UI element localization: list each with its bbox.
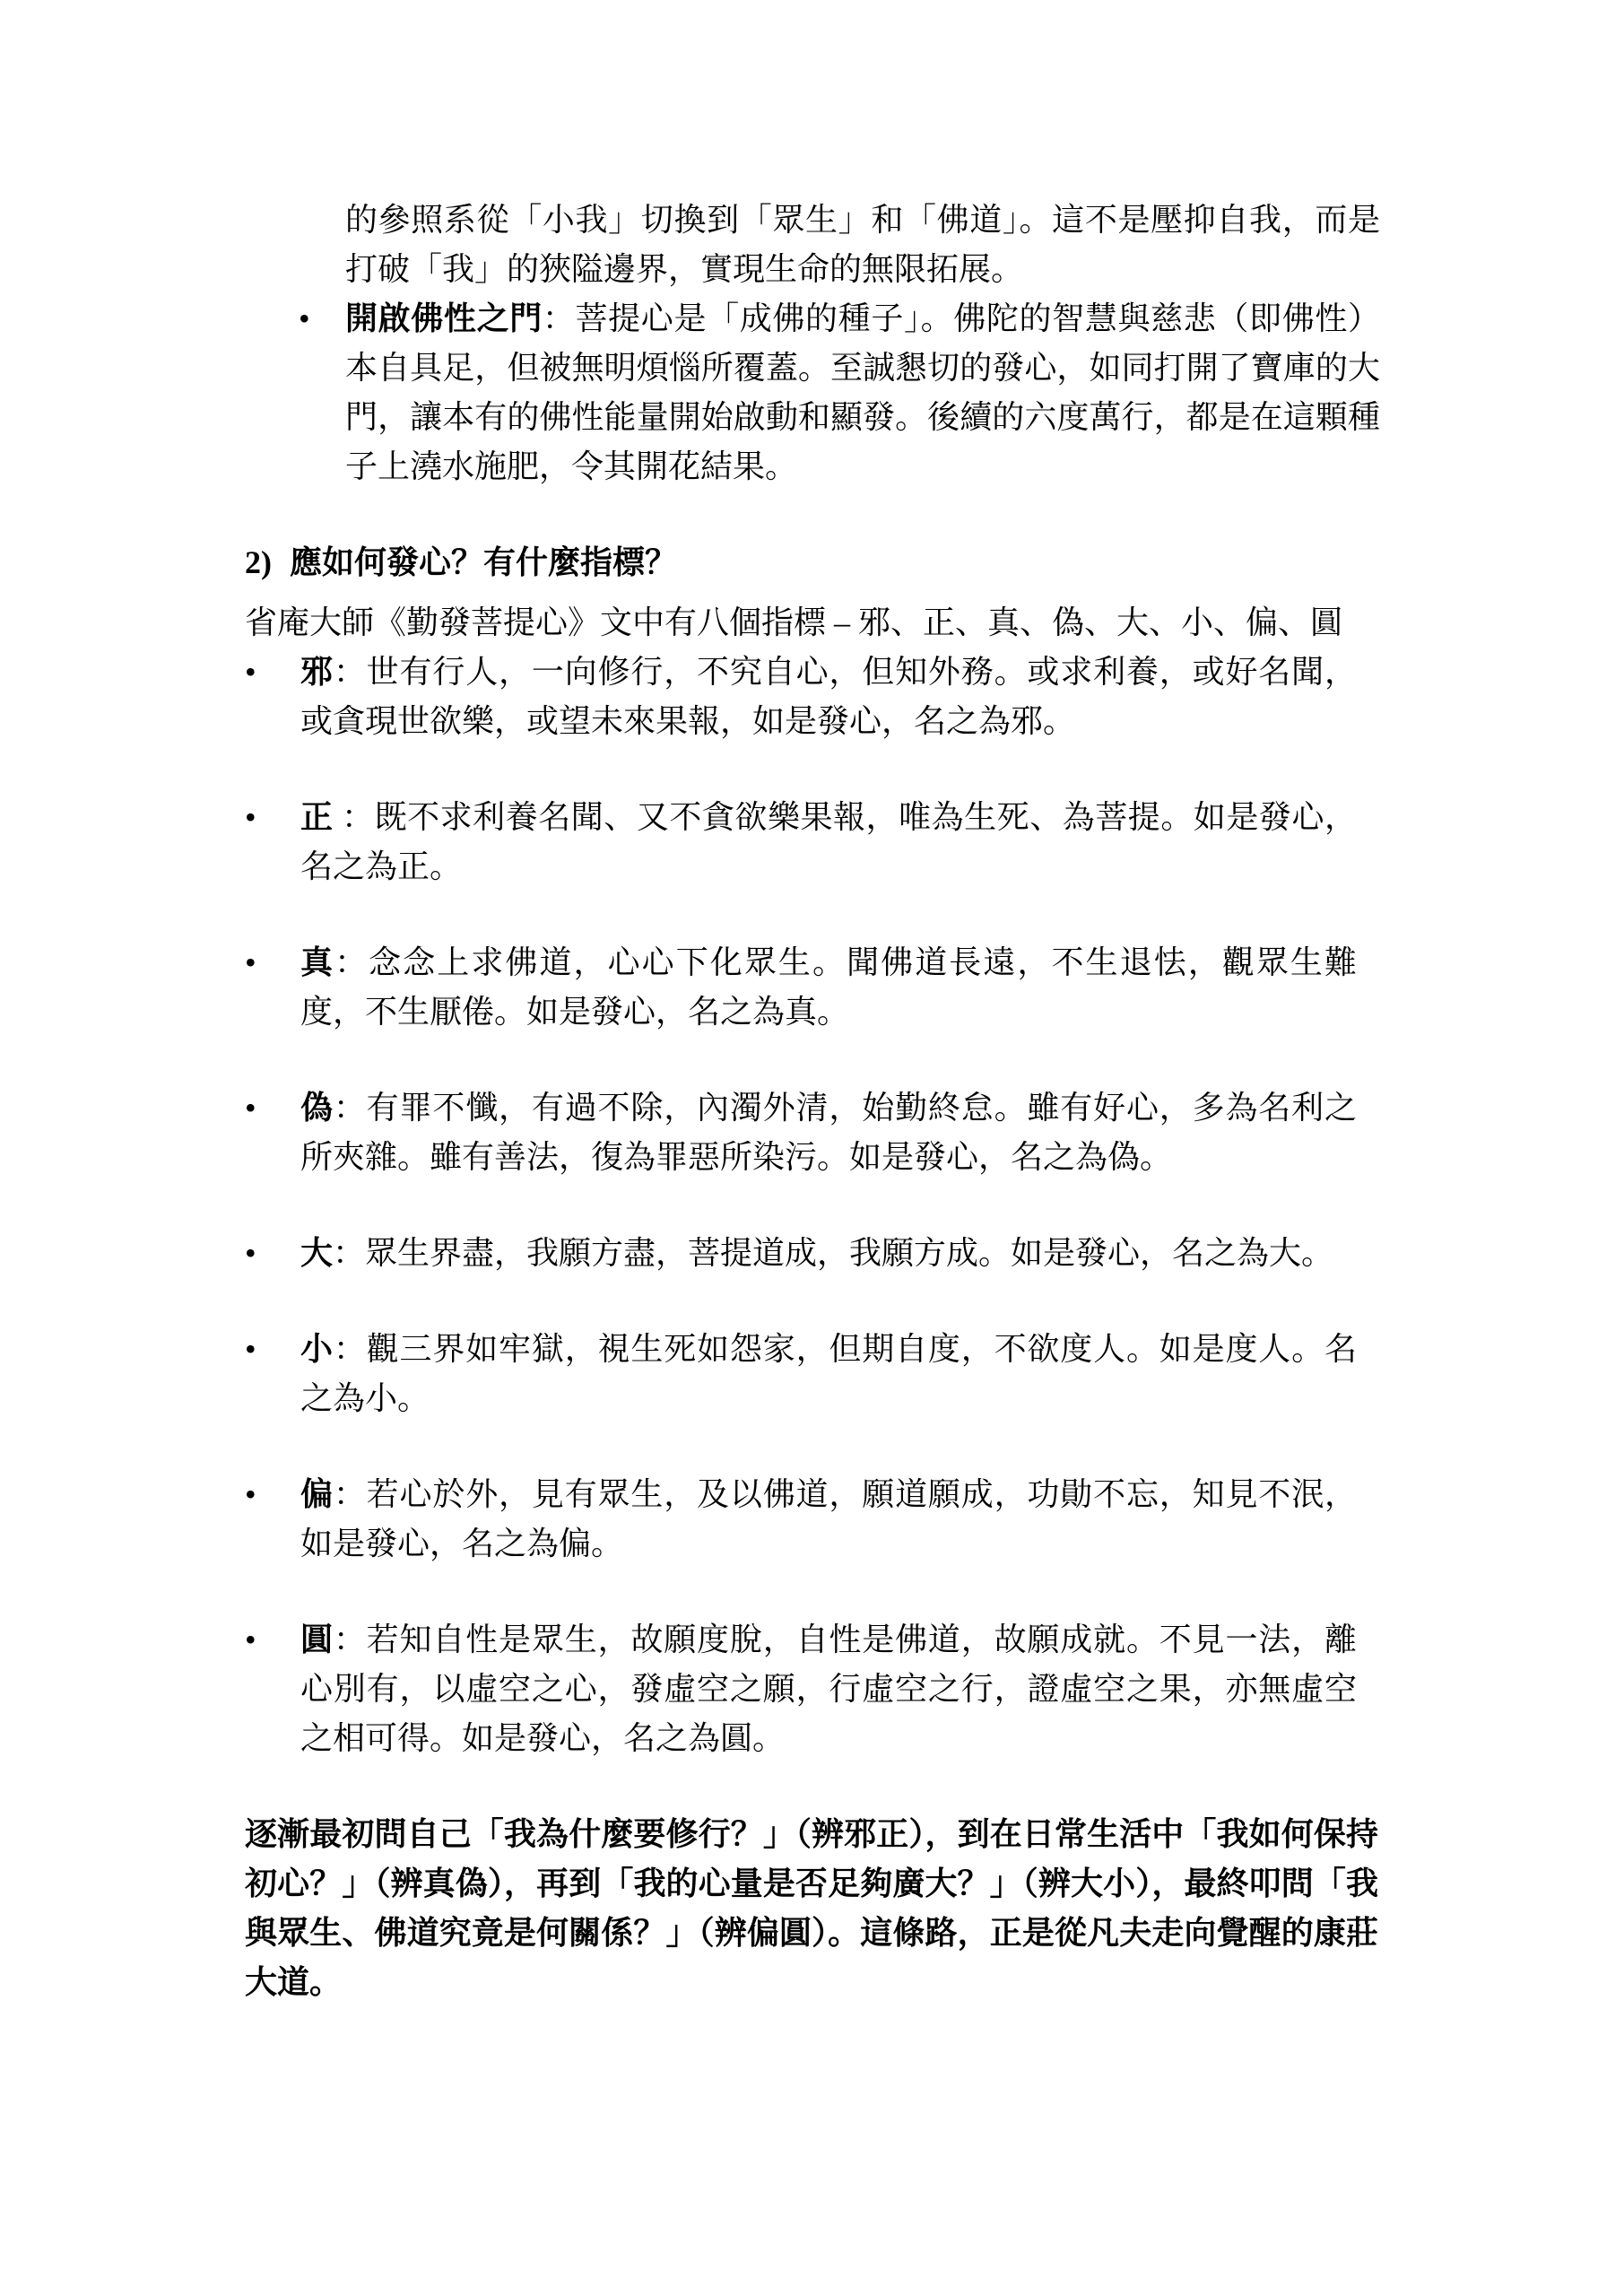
document-page: 的參照系從「小我」切換到「眾生」和「佛道」。這不是壓抑自我，而是打破「我」的狹隘… — [0, 0, 1624, 2296]
indicator-text: ：有罪不懺，有過不除，內濁外清，始勤終怠。雖有好心，多為名利之所夾雜。雖有善法，… — [300, 1090, 1357, 1175]
bullet-icon — [245, 938, 256, 987]
indicator-item-xie: 邪：世有行人，一向修行，不究自心，但知外務。或求利養，或好名聞，或貪現世欲樂，或… — [245, 648, 1357, 746]
bullet-icon — [245, 793, 256, 842]
indicator-text: ：若知自性是眾生，故願度脫，自性是佛道，故願成就。不見一法，離心別有，以虛空之心… — [300, 1622, 1357, 1756]
indicator-text: ：眾生界盡，我願方盡，菩提道成，我願方成。如是發心，名之為大。 — [333, 1235, 1333, 1271]
indicator-item-pian: 偏：若心於外，見有眾生，及以佛道，願道願成，功勛不忘，知見不泯，如是發心，名之為… — [245, 1470, 1357, 1569]
sub-bullet-list: 開啟佛性之門：菩提心是「成佛的種子」。佛陀的智慧與慈悲（即佛性）本自具足，但被無… — [245, 294, 1357, 491]
bullet-icon — [245, 648, 256, 697]
indicator-term: 真 — [300, 944, 334, 980]
indicator-item-xiao: 小：觀三界如牢獄，視生死如怨家，但期自度，不欲度人。如是度人。名之為小。 — [245, 1325, 1357, 1423]
indicator-item-wei: 偽：有罪不懺，有過不除，內濁外清，始勤終怠。雖有好心，多為名利之所夾雜。雖有善法… — [245, 1083, 1357, 1182]
indicator-term: 偏 — [300, 1476, 334, 1512]
indicator-text: ：世有行人，一向修行，不究自心，但知外務。或求利養，或好名聞，或貪現世欲樂，或望… — [300, 654, 1357, 739]
indicator-term: 偽 — [300, 1090, 334, 1126]
indicator-term: 圓 — [300, 1622, 334, 1657]
section-number: 2) — [245, 538, 272, 587]
bullet-icon — [245, 1615, 256, 1665]
indicator-item-yuan: 圓：若知自性是眾生，故願度脫，自性是佛道，故願成就。不見一法，離心別有，以虛空之… — [245, 1615, 1357, 1763]
indicator-item-da: 大：眾生界盡，我願方盡，菩提道成，我願方成。如是發心，名之為大。 — [245, 1229, 1357, 1278]
bullet-icon — [299, 294, 310, 344]
indicator-term: 大 — [300, 1235, 333, 1271]
indicator-text: ：若心於外，見有眾生，及以佛道，願道願成，功勛不忘，知見不泯，如是發心，名之為偏… — [300, 1476, 1357, 1561]
bullet-icon — [245, 1325, 256, 1374]
indicator-item-zhen: 真：念念上求佛道，心心下化眾生。聞佛道長遠，不生退怯，觀眾生難度，不生厭倦。如是… — [245, 938, 1357, 1037]
section-title: 應如何發心？有什麼指標？ — [290, 544, 677, 580]
indicator-list: 邪：世有行人，一向修行，不究自心，但知外務。或求利養，或好名聞，或貪現世欲樂，或… — [245, 648, 1357, 1763]
bullet-term: 開啟佛性之門 — [345, 300, 543, 336]
section-heading: 2)應如何發心？有什麼指標？ — [245, 538, 1357, 587]
bullet-icon — [245, 1083, 256, 1133]
indicator-term: 小 — [300, 1331, 334, 1367]
indicator-text: ：觀三界如牢獄，視生死如怨家，但期自度，不欲度人。如是度人。名之為小。 — [300, 1331, 1357, 1416]
bullet-icon — [245, 1229, 256, 1278]
indicator-text: ：既不求利養名聞、又不貪欲樂果報，唯為生死、為菩提。如是發心，名之為正。 — [300, 799, 1357, 884]
indicator-term: 正 — [300, 799, 334, 835]
closing-paragraph: 逐漸最初問自己「我為什麼要修行？」（辨邪正），到在日常生活中「我如何保持初心？」… — [245, 1810, 1378, 2007]
intro-paragraph: 省庵大師《勤發菩提心》文中有八個指標 – 邪、正、真、偽、大、小、偏、圓 — [245, 598, 1357, 648]
bullet-item-gate-of-buddha-nature: 開啟佛性之門：菩提心是「成佛的種子」。佛陀的智慧與慈悲（即佛性）本自具足，但被無… — [245, 294, 1380, 491]
carryover-paragraph: 的參照系從「小我」切換到「眾生」和「佛道」。這不是壓抑自我，而是打破「我」的狹隘… — [345, 196, 1380, 294]
indicator-term: 邪 — [300, 654, 334, 690]
indicator-text: ：念念上求佛道，心心下化眾生。聞佛道長遠，不生退怯，觀眾生難度，不生厭倦。如是發… — [300, 944, 1357, 1030]
bullet-icon — [245, 1470, 256, 1519]
indicator-item-zheng: 正 ：既不求利養名聞、又不貪欲樂果報，唯為生死、為菩提。如是發心，名之為正。 — [245, 793, 1357, 891]
